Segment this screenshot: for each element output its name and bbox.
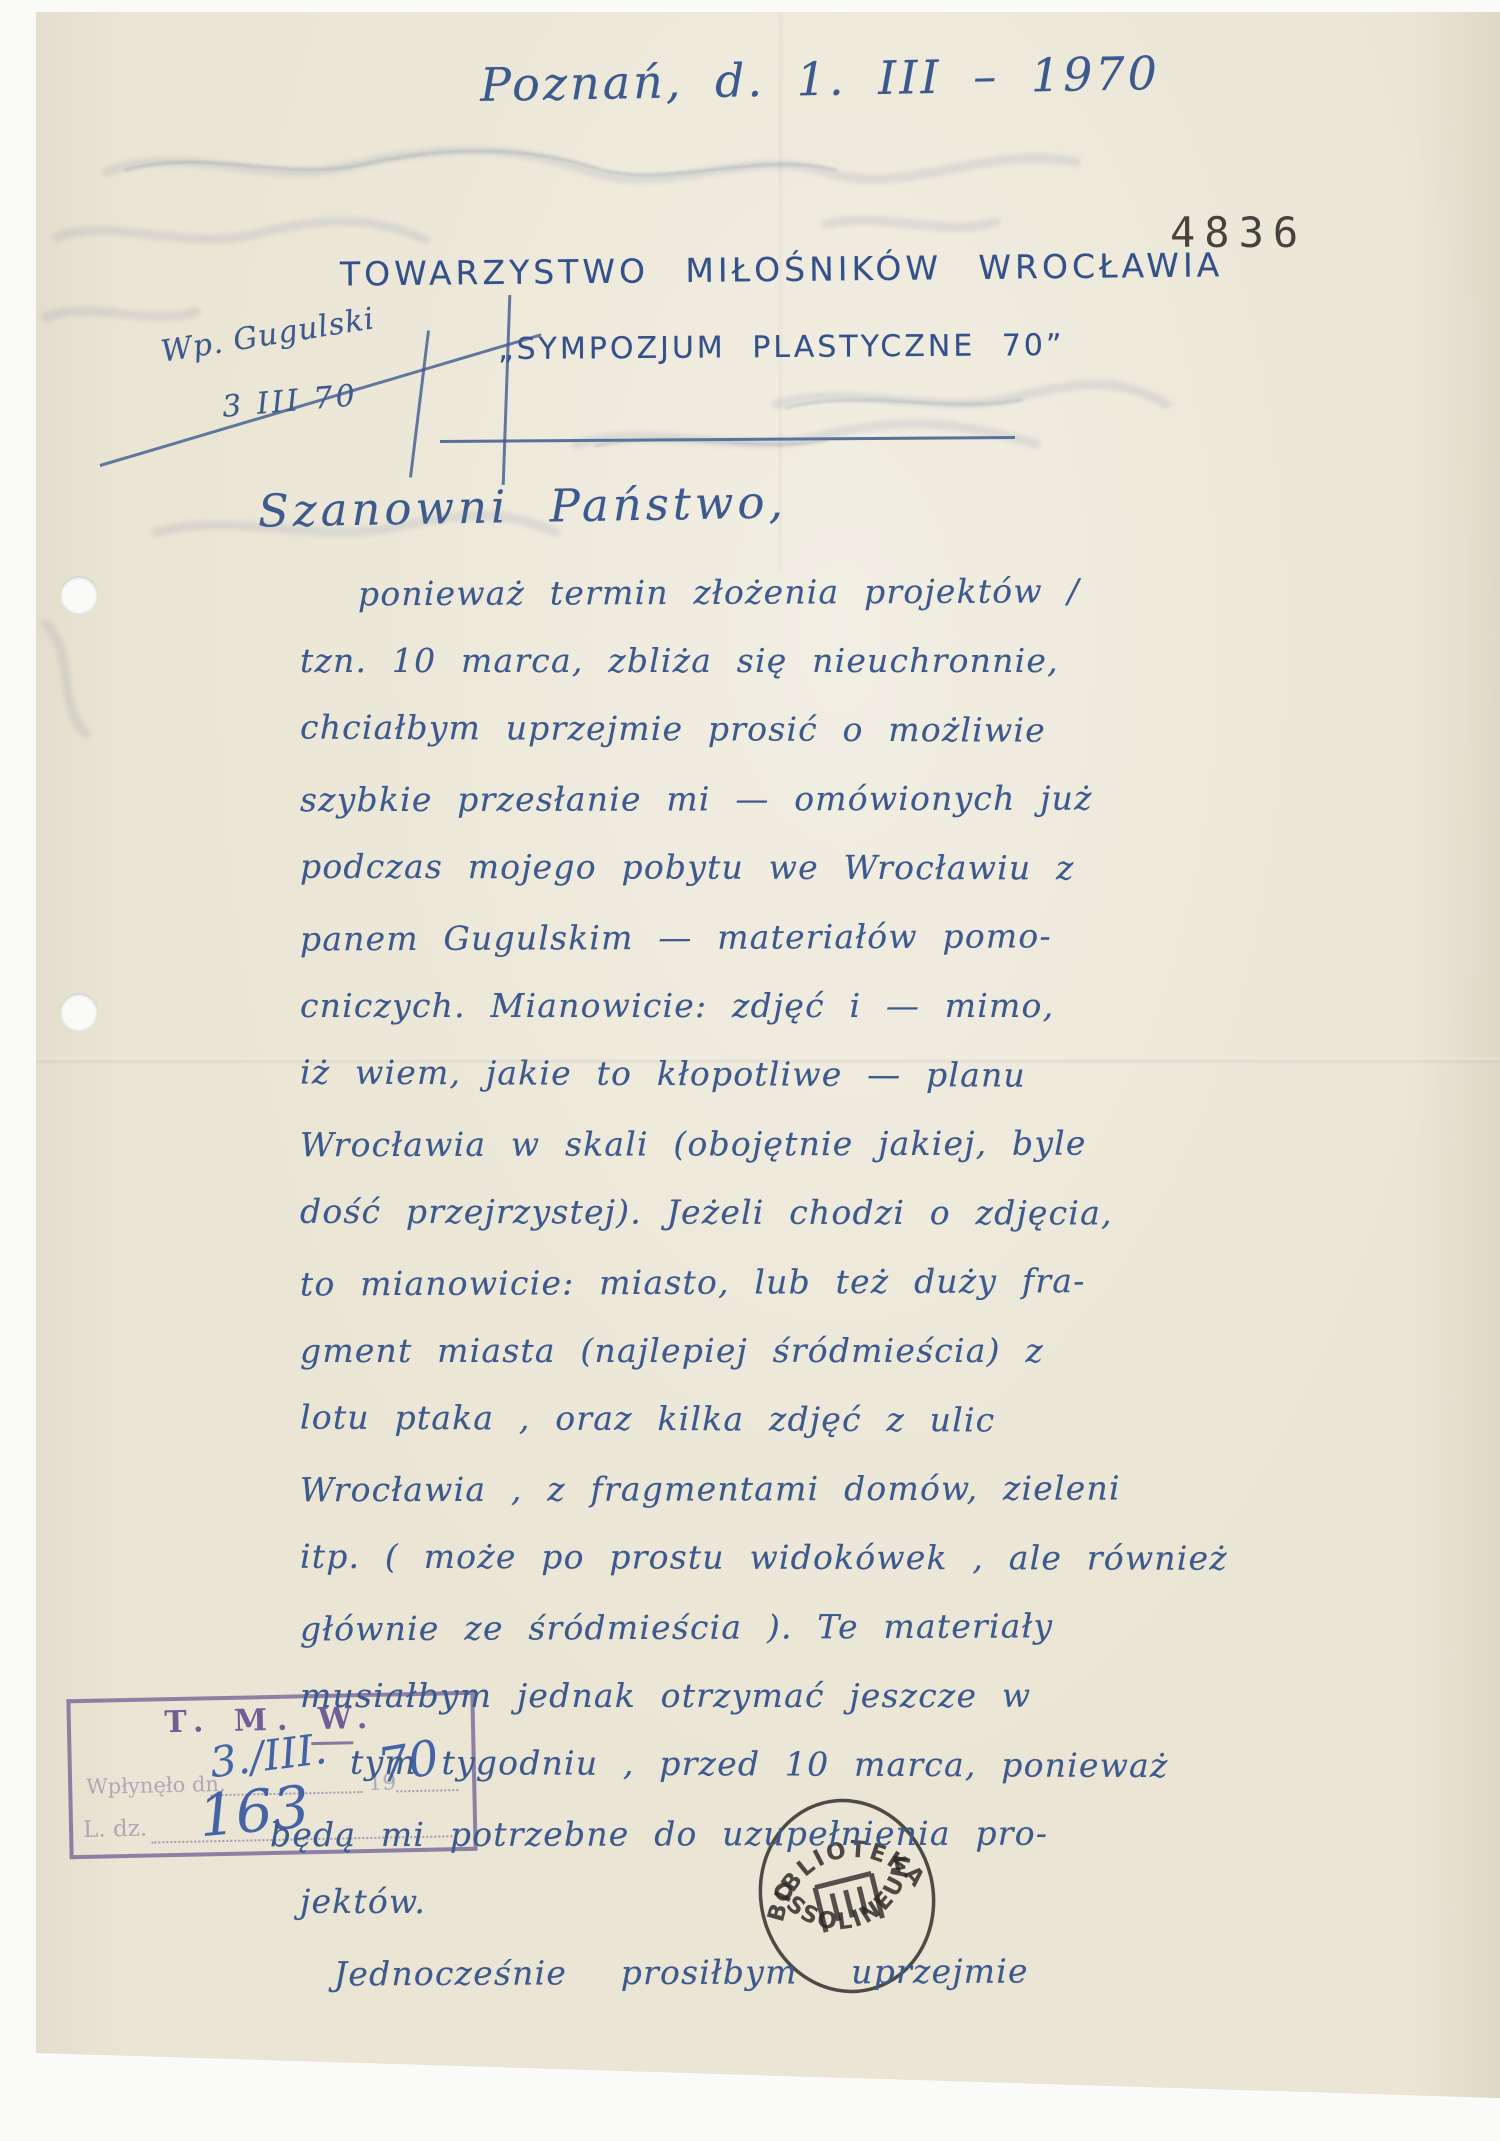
body-line: tym tygodniu , przed 10 marca, ponieważ [350, 1743, 1470, 1817]
paraph-stroke [409, 330, 430, 477]
tmw-ldz-label: L. dz. [83, 1816, 148, 1843]
punch-hole [60, 576, 98, 614]
body-line: chciałbym uprzejmie prosić o możliwie [300, 708, 1470, 782]
title-underline [440, 436, 1015, 443]
paraph-stroke [502, 295, 512, 485]
body-line: tzn. 10 marca, zbliża się nieuchronnie, [300, 641, 1470, 710]
punch-hole [60, 993, 98, 1031]
body-line: musiałbym jednak otrzymać jeszcze w [300, 1676, 1470, 1745]
body-line: cniczych. Mianowicie: zdjęć i — mimo, [300, 986, 1470, 1055]
body-line: dość przejrzystej). Jeżeli chodzi o zdję… [300, 1192, 1470, 1263]
body-line: głównie ze śródmieścia ). Te materiały [300, 1605, 1470, 1679]
margin-note-date: 3 III 70 [221, 378, 359, 425]
letter-body: ponieważ termin złożenia projektów /tzn.… [300, 572, 1470, 2021]
salutation: Szanowni Państwo, [258, 475, 788, 537]
body-line: lotu ptaka , oraz kilka zdjęć z ulic [300, 1398, 1470, 1472]
symposium-title: „SYMPOZJUM PLASTYCZNE 70” [498, 328, 1065, 367]
body-line: to mianowicie: miasto, lub też duży fra- [300, 1260, 1470, 1334]
body-line: Jednocześnie prosiłbym uprzejmie [334, 1950, 1470, 2024]
letter-page: Poznań, d. 1. III – 1970 4836 TOWARZYSTW… [36, 12, 1500, 2098]
body-line: jektów. [300, 1882, 1470, 1953]
dateline: Poznań, d. 1. III – 1970 [480, 46, 1161, 112]
body-line: podczas mojego pobytu we Wrocławiu z [300, 847, 1470, 918]
org-title: TOWARZYSTWO MIŁOŚNIKÓW WROCŁAWIA [340, 245, 1224, 293]
body-line: itp. ( może po prostu widokówek , ale ró… [300, 1537, 1470, 1608]
body-line: Wrocławia , z fragmentami domów, zieleni [300, 1468, 1470, 1539]
body-line: gment miasta (najlepiej śródmieścia) z [300, 1331, 1470, 1400]
body-line: szybkie przesłanie mi — omówionych już [300, 778, 1470, 849]
body-line: Wrocławia w skali (obojętnie jakiej, byl… [300, 1123, 1470, 1194]
body-line: iż wiem, jakie to kłopotliwe — planu [300, 1053, 1470, 1127]
scanned-letter: Poznań, d. 1. III – 1970 4836 TOWARZYSTW… [0, 0, 1500, 2141]
body-line: panem Gugulskim — materiałów pomo- [300, 915, 1470, 989]
body-line: będą mi potrzebne do uzupełnienia pro- [270, 1813, 1470, 1885]
body-line: ponieważ termin złożenia projektów / [358, 570, 1470, 644]
margin-note-name: Wp. Gugulski [159, 301, 378, 369]
